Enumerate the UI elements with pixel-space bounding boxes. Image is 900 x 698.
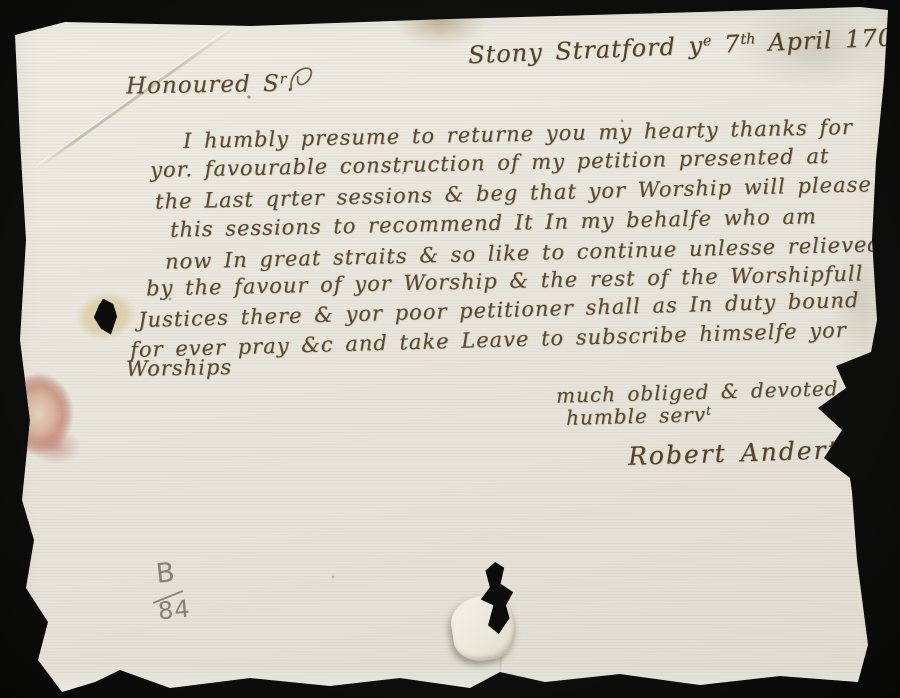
closing-superscript: t — [706, 404, 711, 418]
scan-background: Stony Stratford ye 7th April 1703 Honour… — [0, 0, 900, 698]
closing-line-2: humble servt — [566, 402, 711, 430]
dateline-part: April 1703 — [755, 23, 900, 57]
body-line-9: Worships — [126, 355, 232, 381]
dateline-part: 7 — [711, 30, 741, 59]
ink-specks — [0, 0, 2, 2]
archival-mark-letter: B — [154, 557, 176, 590]
salutation: Honoured Sr. — [126, 71, 295, 100]
bottom-deckle-edge — [0, 664, 900, 698]
archival-mark: B 84 — [150, 558, 210, 638]
paraph-flourish-icon — [284, 60, 322, 96]
letter-sheet: Stony Stratford ye 7th April 1703 Honour… — [0, 0, 900, 698]
archival-mark-number: 84 — [157, 595, 192, 626]
closing-part: humble serv — [566, 402, 707, 430]
salutation-part: Honoured S — [126, 71, 280, 100]
dateline-superscript: th — [740, 31, 756, 48]
